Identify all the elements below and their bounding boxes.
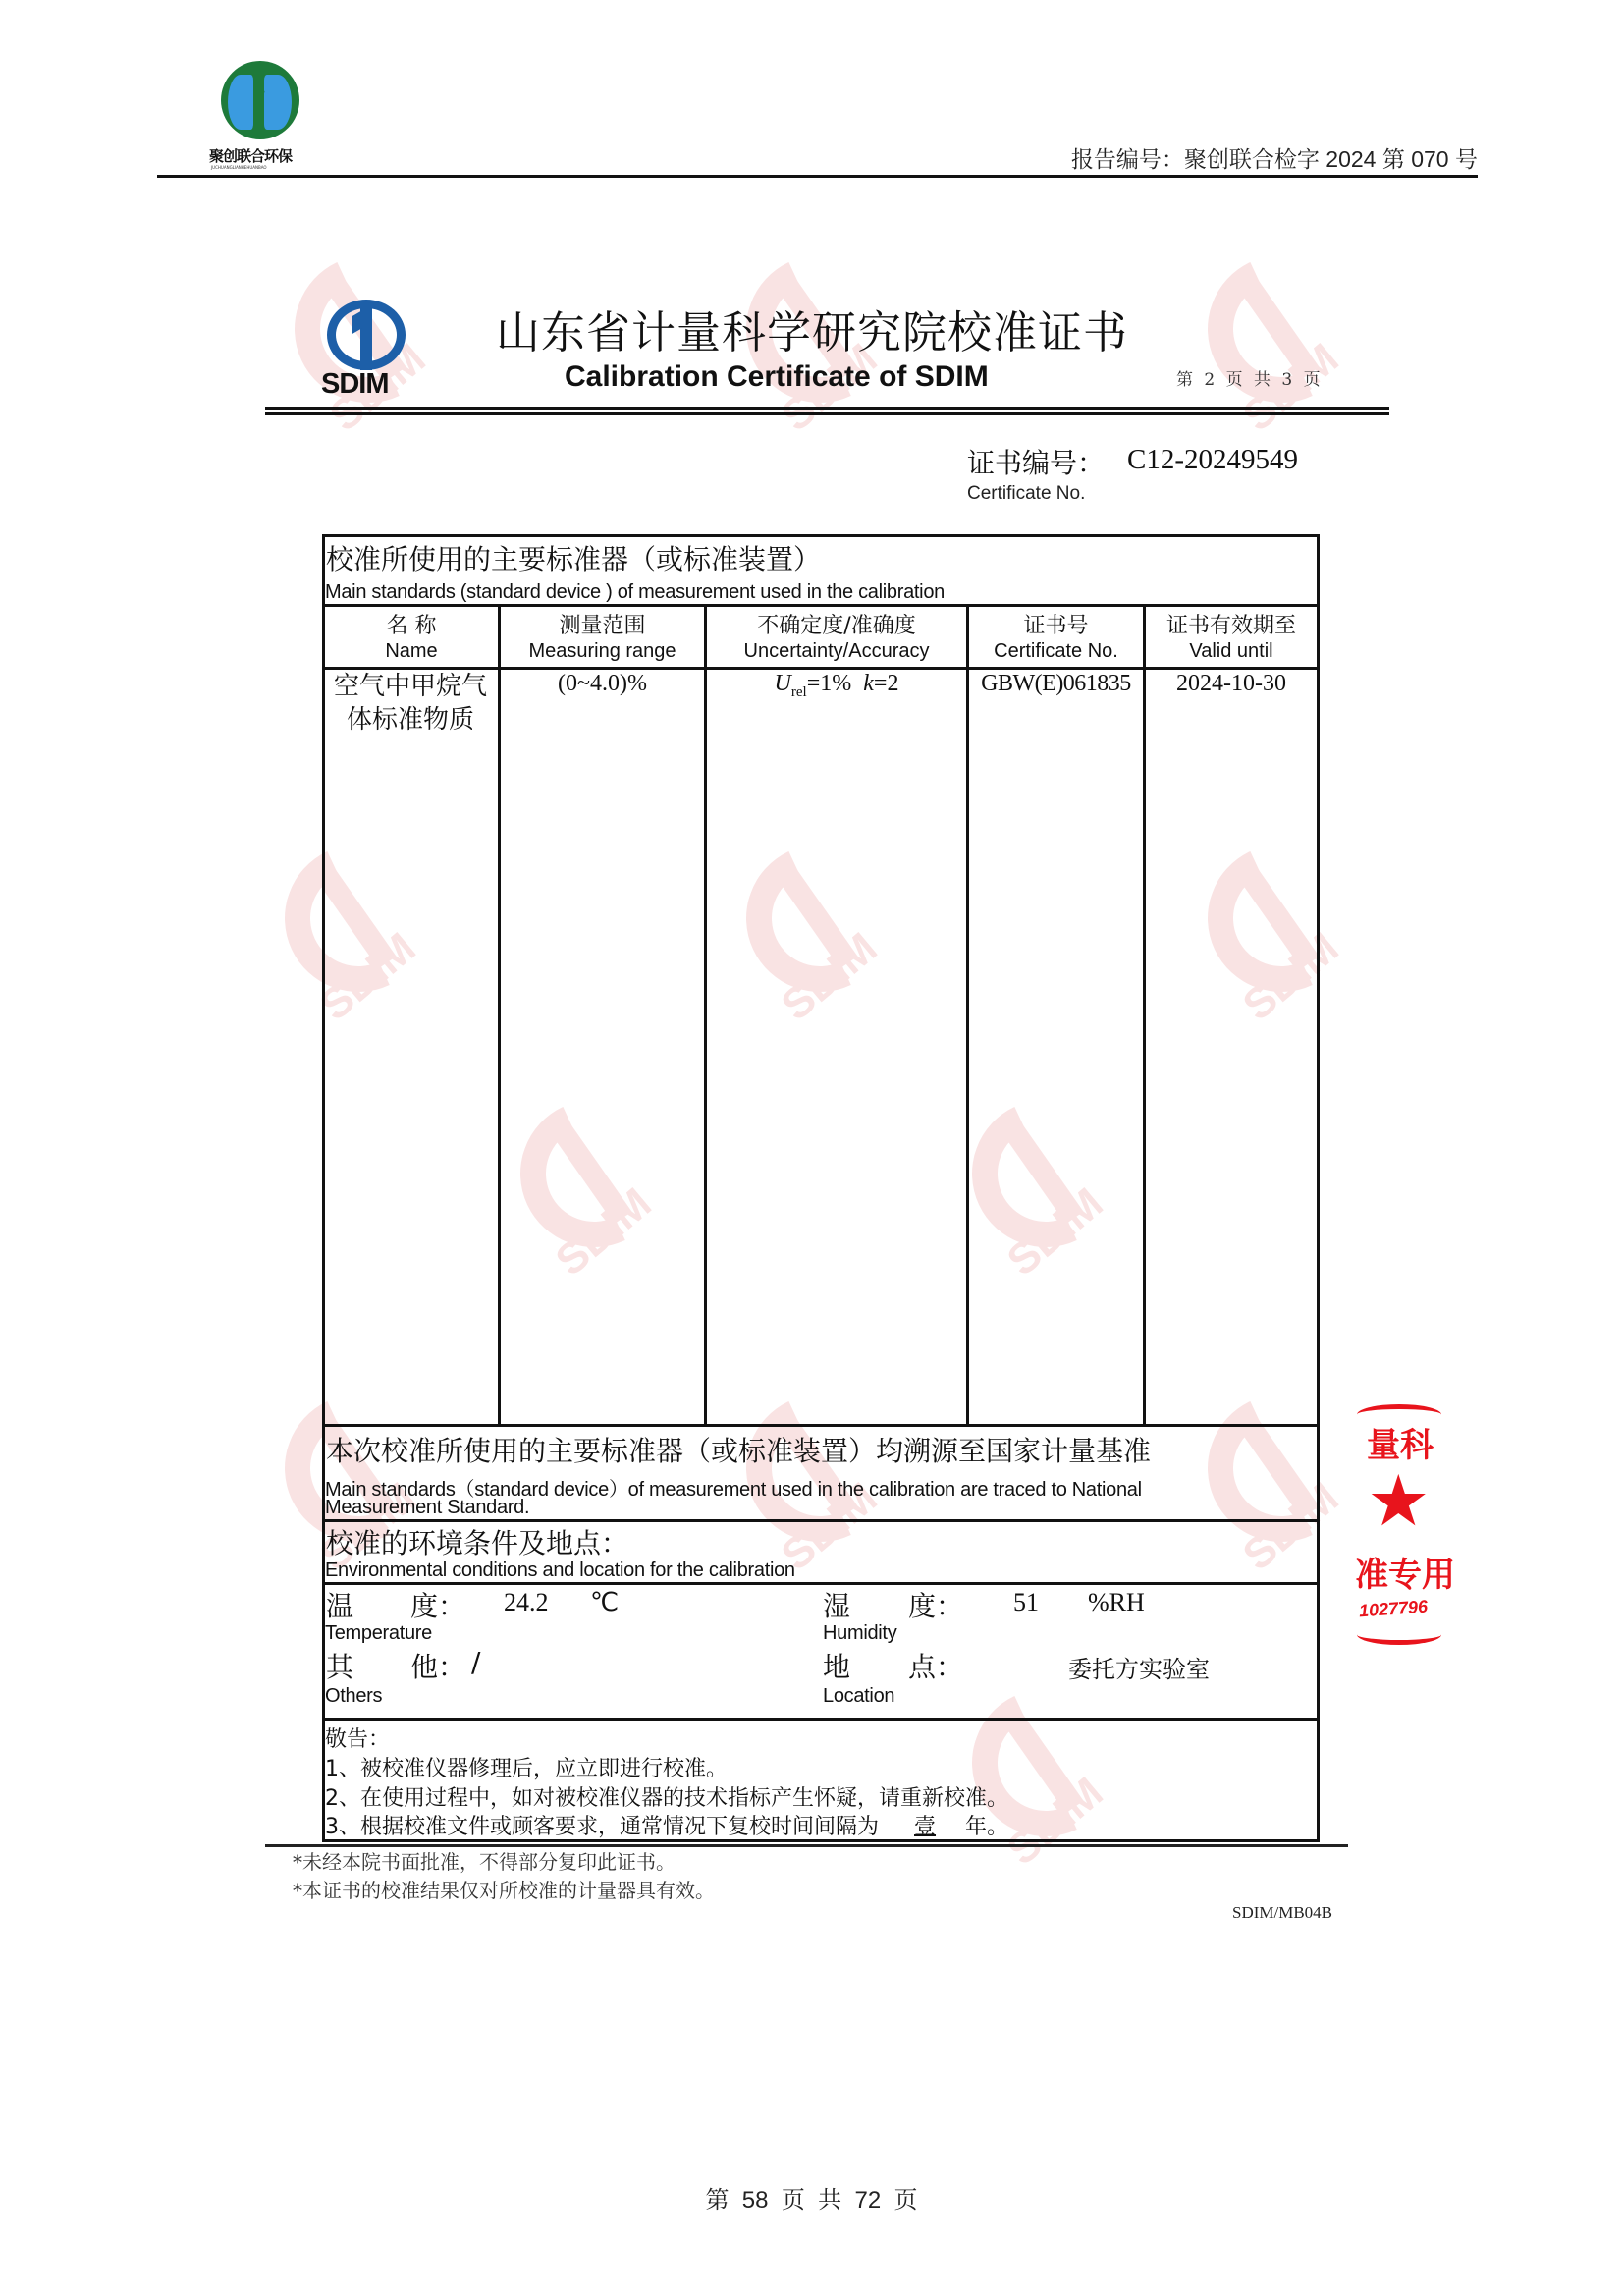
cell-valid-until: 2024-10-30 — [1146, 671, 1317, 697]
cell-uncertainty: Urel=1% k=2 — [707, 671, 966, 701]
location-value: 委托方实验室 — [1068, 1650, 1210, 1684]
cell-name-line2: 体标准物质 — [347, 703, 474, 737]
certificate-header-divider — [265, 407, 1389, 415]
notice-item-1: 1、被校准仪器修理后，应立即进行校准。 — [325, 1752, 728, 1782]
recalibration-interval: 壹 — [914, 1815, 936, 1839]
humidity-label-en: Humidity — [823, 1622, 896, 1645]
humidity-unit: %RH — [1088, 1588, 1145, 1617]
column-header-certno-cn: 证书号 — [969, 609, 1143, 639]
certificate-no-label: 证书编号： — [967, 442, 1105, 481]
column-header-uncertainty-en: Uncertainty/Accuracy — [707, 640, 966, 663]
cell-certificate-no: GBW(E)061835 — [969, 671, 1143, 697]
column-header-name-en: Name — [325, 640, 498, 663]
report-number: 报告编号：聚创联合检字 2024 第 070 号 — [1071, 141, 1478, 174]
temperature-label-en: Temperature — [325, 1622, 432, 1645]
certificate-page-indicator: 第 2 页 共 3 页 — [1176, 365, 1324, 390]
seal-number: 1027796 — [1358, 1597, 1428, 1622]
column-header-valid-cn: 证书有效期至 — [1146, 609, 1317, 639]
notice-title: 敬告： — [325, 1722, 390, 1753]
column-header-name-cn: 名 称 — [325, 609, 498, 639]
form-code: SDIM/MB04B — [1232, 1903, 1332, 1923]
column-header-uncertainty-cn: 不确定度/准确度 — [707, 609, 966, 639]
certificate-no-label-en: Certificate No. — [967, 483, 1085, 505]
notice-item-2: 2、在使用过程中，如对被校准仪器的技术指标产生怀疑，请重新校准。 — [325, 1781, 1008, 1812]
red-star-icon: ★ — [1367, 1465, 1431, 1536]
company-name-cn: 聚创联合环保 — [209, 145, 317, 166]
humidity-value: 51 — [1013, 1588, 1039, 1617]
location-label-en: Location — [823, 1685, 894, 1708]
standards-title-cn: 校准所使用的主要标准器（或标准装置） — [326, 538, 821, 577]
certificate-title-en: Calibration Certificate of SDIM — [565, 360, 989, 394]
footnote-1: *未经本院书面批准，不得部分复印此证书。 — [293, 1846, 676, 1875]
footnote-2: *本证书的校准结果仅对所校准的计量器具有效。 — [293, 1875, 715, 1903]
temperature-value: 24.2 — [504, 1588, 549, 1617]
column-header-range-en: Measuring range — [501, 640, 704, 663]
sdim-logo: SDIM — [319, 300, 417, 398]
official-seal: 量科 ★ 准专用 1027796 — [1353, 1402, 1446, 1643]
header-divider — [157, 175, 1478, 178]
column-divider — [966, 604, 969, 1425]
others-label-en: Others — [325, 1685, 382, 1708]
column-header-valid-en: Valid until — [1146, 640, 1317, 663]
column-divider — [1143, 604, 1146, 1425]
traceability-text-en-2: Measurement Standard. — [325, 1497, 529, 1519]
sdim-logo-text: SDIM — [321, 368, 389, 401]
standards-title-en: Main standards (standard device ) of mea… — [325, 581, 945, 604]
environment-title-cn: 校准的环境条件及地点： — [326, 1522, 628, 1561]
company-name-en: JUCHUANGLIANHEHUANBAO — [211, 165, 267, 170]
column-header-range-cn: 测量范围 — [501, 609, 704, 639]
column-divider — [704, 604, 707, 1425]
company-logo: 聚创联合环保 JUCHUANGLIANHEHUANBAO — [201, 61, 314, 179]
temperature-unit: ℃ — [590, 1588, 619, 1617]
seal-text-bottom: 准专用 — [1355, 1548, 1455, 1596]
notice-item-3: 3、根据校准文件或顾客要求，通常情况下复校时间间隔为壹年。 — [325, 1810, 1008, 1840]
cell-measuring-range: (0~4.0)% — [501, 671, 704, 697]
certificate-no-value: C12-20249549 — [1127, 444, 1298, 476]
column-header-certno-en: Certificate No. — [969, 640, 1143, 663]
others-value: / — [471, 1646, 480, 1678]
column-divider — [498, 604, 501, 1425]
certificate-title-cn: 山东省计量科学研究院校准证书 — [496, 297, 1128, 360]
traceability-title-cn: 本次校准所使用的主要标准器（或标准装置）均溯源至国家计量基准 — [326, 1430, 1151, 1469]
environment-title-en: Environmental conditions and location fo… — [325, 1559, 795, 1582]
cell-name-line1: 空气中甲烷气 — [334, 670, 487, 703]
page-footer: 第 58 页 共 72 页 — [0, 2180, 1623, 2214]
